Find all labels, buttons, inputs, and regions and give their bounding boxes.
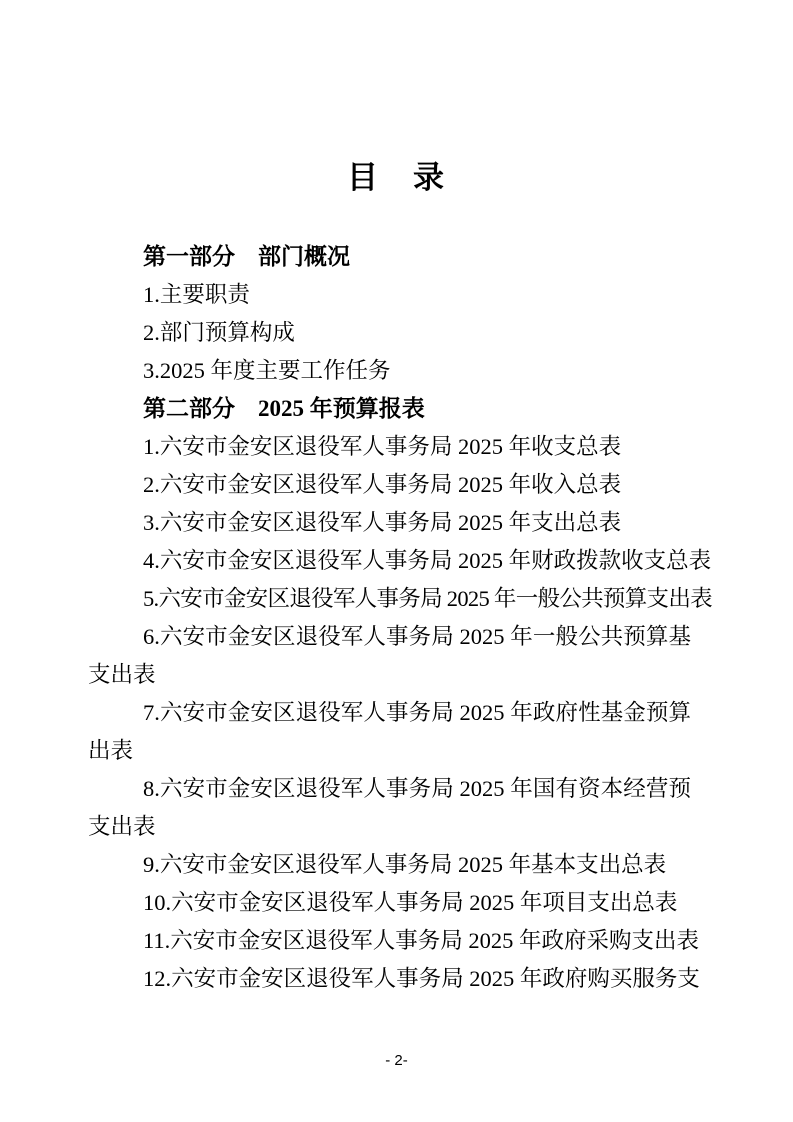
toc-item-line: 6.六安市金安区退役军人事务局 2025 年一般公共预算基本 <box>88 618 691 656</box>
toc-item: 10.六安市金安区退役军人事务局 2025 年项目支出总表 <box>88 884 691 922</box>
page-title: 目 录 <box>0 0 793 200</box>
section-heading: 第二部分 2025 年预算报表 <box>88 390 691 428</box>
toc-item: 3.2025 年度主要工作任务 <box>88 352 691 390</box>
section-heading: 第一部分 部门概况 <box>88 238 691 276</box>
toc-item-continuation: 支出表 <box>88 808 691 846</box>
toc-item: 5.六安市金安区退役军人事务局 2025 年一般公共预算支出表 <box>88 580 691 618</box>
toc-item-line: 7.六安市金安区退役军人事务局 2025 年政府性基金预算支 <box>88 694 691 732</box>
page-number: - 2- <box>0 1052 793 1069</box>
toc-item-continuation: 出表 <box>88 732 691 770</box>
document-page: 目 录 第一部分 部门概况 1.主要职责 2.部门预算构成 3.2025 年度主… <box>0 0 793 1122</box>
toc-item: 2.部门预算构成 <box>88 314 691 352</box>
toc-item: 4.六安市金安区退役军人事务局 2025 年财政拨款收支总表 <box>88 542 691 580</box>
toc-item-continuation: 支出表 <box>88 656 691 694</box>
toc-item: 1.六安市金安区退役军人事务局 2025 年收支总表 <box>88 428 691 466</box>
table-of-contents: 第一部分 部门概况 1.主要职责 2.部门预算构成 3.2025 年度主要工作任… <box>88 238 691 998</box>
toc-item: 2.六安市金安区退役军人事务局 2025 年收入总表 <box>88 466 691 504</box>
toc-item: 3.六安市金安区退役军人事务局 2025 年支出总表 <box>88 504 691 542</box>
toc-item: 9.六安市金安区退役军人事务局 2025 年基本支出总表 <box>88 846 691 884</box>
toc-item: 12.六安市金安区退役军人事务局 2025 年政府购买服务支 <box>88 960 691 998</box>
toc-item: 11.六安市金安区退役军人事务局 2025 年政府采购支出表 <box>88 922 691 960</box>
toc-item-line: 8.六安市金安区退役军人事务局 2025 年国有资本经营预算 <box>88 770 691 808</box>
toc-item: 1.主要职责 <box>88 276 691 314</box>
